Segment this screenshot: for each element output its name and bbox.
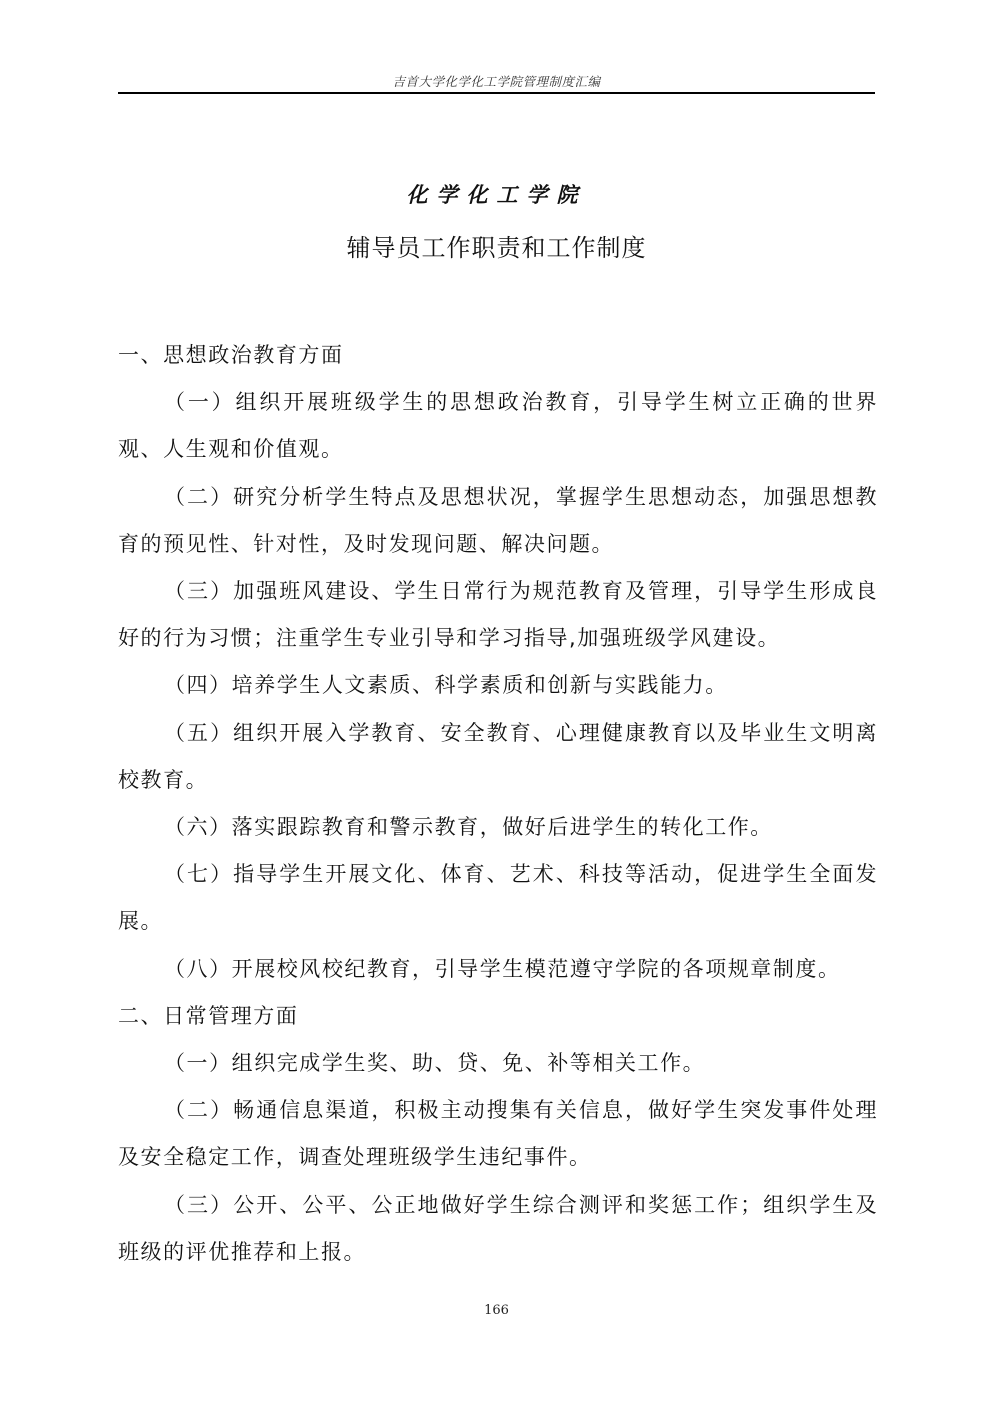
page-number: 166 [118, 1303, 875, 1318]
running-header: 吉首大学化学化工学院管理制度汇编 [118, 72, 875, 90]
list-item: （一）组织开展班级学生的思想政治教育，引导学生树立正确的世界观、人生观和价值观。 [118, 379, 878, 473]
document-title: 化学化工学院 [118, 180, 875, 210]
list-item: （八）开展校风校纪教育，引导学生模范遵守学院的各项规章制度。 [118, 946, 878, 993]
document-subtitle: 辅导员工作职责和工作制度 [118, 230, 875, 266]
section-heading: 一、思想政治教育方面 [118, 332, 878, 379]
section-ideological-education: 一、思想政治教育方面 （一）组织开展班级学生的思想政治教育，引导学生树立正确的世… [118, 332, 878, 993]
list-item: （二）畅通信息渠道，积极主动搜集有关信息，做好学生突发事件处理及安全稳定工作，调… [118, 1087, 878, 1181]
list-item: （四）培养学生人文素质、科学素质和创新与实践能力。 [118, 662, 878, 709]
section-daily-management: 二、日常管理方面 （一）组织完成学生奖、助、贷、免、补等相关工作。 （二）畅通信… [118, 993, 878, 1276]
list-item: （一）组织完成学生奖、助、贷、免、补等相关工作。 [118, 1040, 878, 1087]
list-item: （六）落实跟踪教育和警示教育，做好后进学生的转化工作。 [118, 804, 878, 851]
document-body: 一、思想政治教育方面 （一）组织开展班级学生的思想政治教育，引导学生树立正确的世… [118, 332, 878, 1276]
section-heading: 二、日常管理方面 [118, 993, 878, 1040]
list-item: （五）组织开展入学教育、安全教育、心理健康教育以及毕业生文明离校教育。 [118, 710, 878, 804]
list-item: （二）研究分析学生特点及思想状况，掌握学生思想动态，加强思想教育的预见性、针对性… [118, 474, 878, 568]
header-divider [118, 92, 875, 94]
list-item: （三）公开、公平、公正地做好学生综合测评和奖惩工作；组织学生及班级的评优推荐和上… [118, 1182, 878, 1276]
list-item: （三）加强班风建设、学生日常行为规范教育及管理，引导学生形成良好的行为习惯；注重… [118, 568, 878, 662]
list-item: （七）指导学生开展文化、体育、艺术、科技等活动，促进学生全面发展。 [118, 851, 878, 945]
